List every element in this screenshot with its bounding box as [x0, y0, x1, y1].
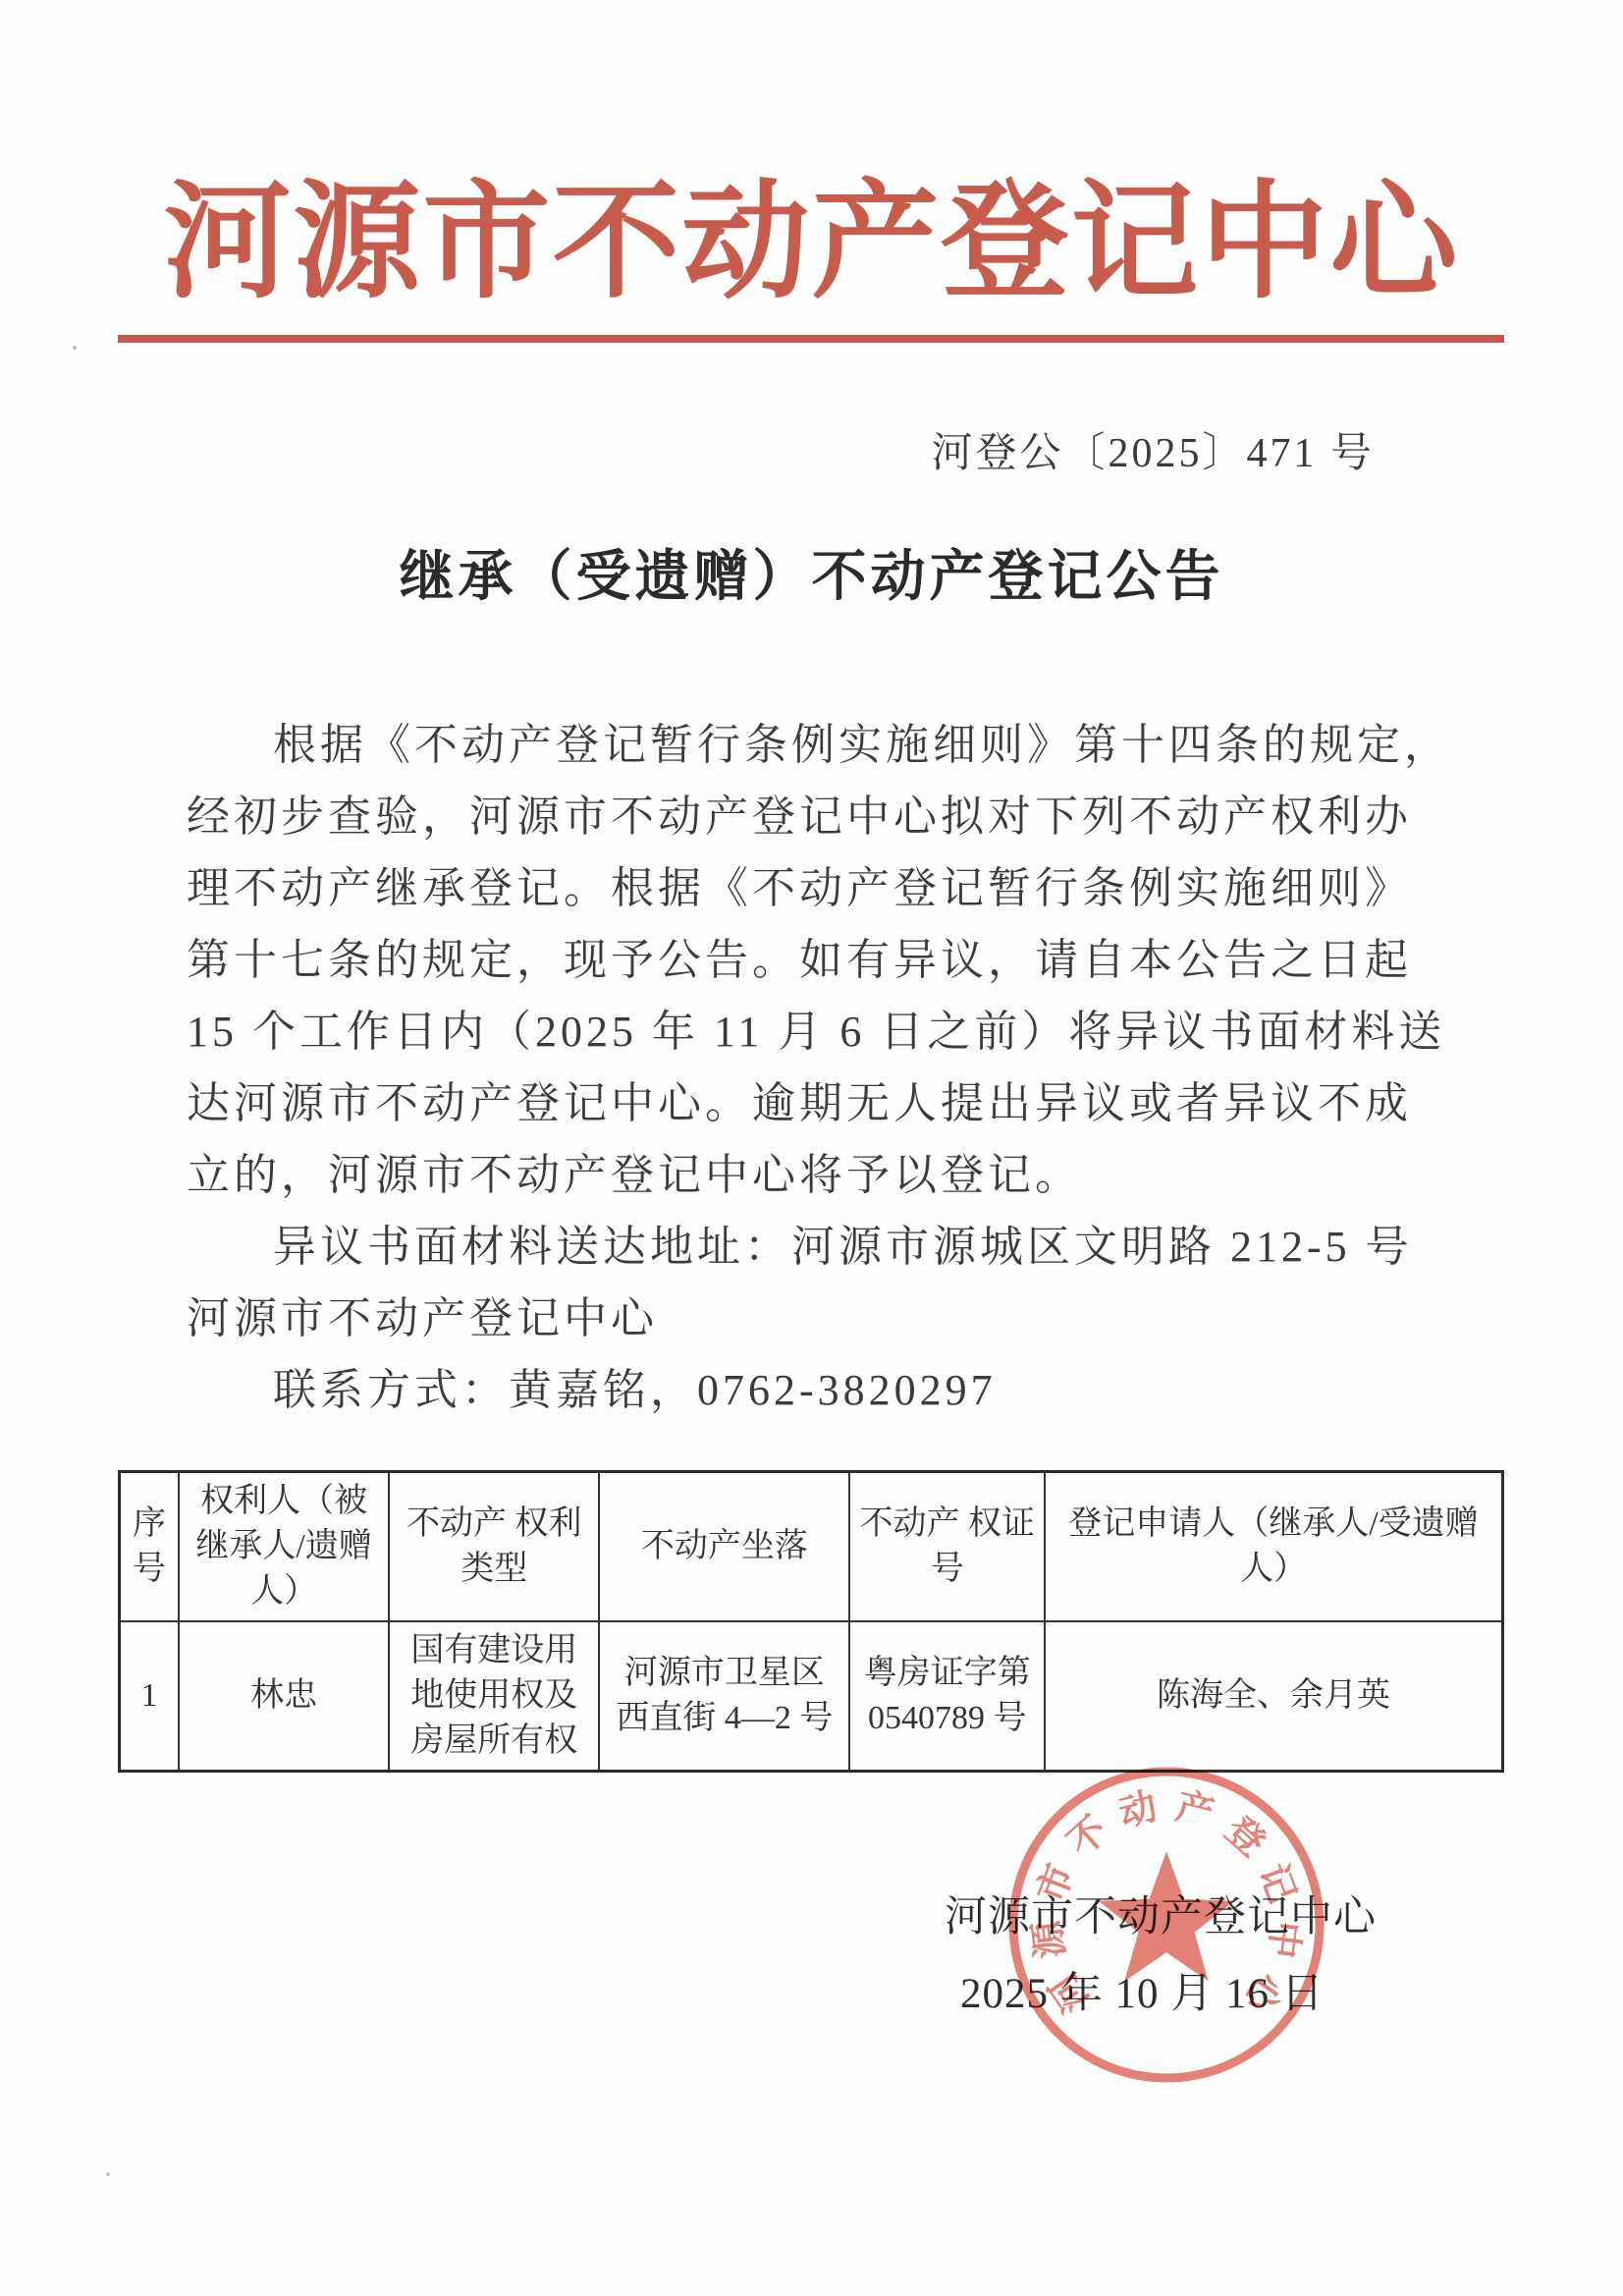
body-line: 达河源市不动产登记中心。逾期无人提出异议或者异议不成 — [187, 1067, 1453, 1139]
scan-speck — [106, 2172, 110, 2176]
announcement-page: 河源市不动产登记中心 河登公〔2025〕471 号 继承（受遗赠）不动产登记公告… — [0, 0, 1623, 2296]
svg-text:不: 不 — [1060, 1809, 1115, 1865]
document-number: 河登公〔2025〕471 号 — [931, 420, 1375, 479]
cell-right-type: 国有建设用地使用权及房屋所有权 — [389, 1621, 599, 1772]
body-line: 经初步查验，河源市不动产登记中心拟对下列不动产权利办 — [187, 781, 1453, 852]
svg-text:登: 登 — [1217, 1809, 1272, 1865]
header-serial: 序号 — [120, 1472, 180, 1622]
issue-date: 2025 年 10 月 16 日 — [960, 1960, 1325, 2020]
header-right-type: 不动产 权利类型 — [389, 1472, 599, 1622]
page-title: 继承（受遗赠）不动产登记公告 — [0, 533, 1623, 612]
body-text: 根据《不动产登记暂行条例实施细则》第十四条的规定， 经初步查验，河源市不动产登记… — [187, 709, 1453, 1426]
registration-table: 序号 权利人（被继承人/遗赠人） 不动产 权利类型 不动产坐落 不动产 权证号 … — [118, 1470, 1504, 1773]
cell-location: 河源市卫星区西直街 4—2 号 — [599, 1621, 849, 1772]
scan-speck — [73, 346, 77, 350]
letterhead-title: 河源市不动产登记中心 — [0, 139, 1623, 323]
cell-applicant: 陈海全、余月英 — [1045, 1621, 1502, 1772]
body-line: 异议书面材料送达地址：河源市源城区文明路 212-5 号 — [187, 1211, 1453, 1283]
svg-text:动: 动 — [1115, 1786, 1162, 1835]
body-line: 根据《不动产登记暂行条例实施细则》第十四条的规定， — [187, 709, 1453, 781]
header-cert-number: 不动产 权证号 — [849, 1472, 1045, 1622]
body-line: 第十七条的规定，现予公告。如有异议，请自本公告之日起 — [187, 924, 1453, 996]
body-line: 河源市不动产登记中心 — [187, 1283, 1453, 1354]
header-applicant: 登记申请人（继承人/受遗赠人） — [1045, 1472, 1502, 1622]
letterhead-rule — [118, 335, 1504, 343]
body-line: 联系方式：黄嘉铭，0762-3820297 — [187, 1354, 1453, 1426]
header-location: 不动产坐落 — [599, 1472, 849, 1622]
table-header-row: 序号 权利人（被继承人/遗赠人） 不动产 权利类型 不动产坐落 不动产 权证号 … — [120, 1472, 1503, 1622]
cell-right-holder: 林忠 — [179, 1621, 389, 1772]
body-line: 理不动产继承登记。根据《不动产登记暂行条例实施细则》 — [187, 852, 1453, 924]
cell-cert-number: 粤房证字第0540789 号 — [849, 1621, 1045, 1772]
scan-speck — [263, 1312, 268, 1317]
body-line: 立的，河源市不动产登记中心将予以登记。 — [187, 1139, 1453, 1211]
header-right-holder: 权利人（被继承人/遗赠人） — [179, 1472, 389, 1622]
issuer-signature: 河源市不动产登记中心 — [945, 1884, 1377, 1943]
table-row: 1 林忠 国有建设用地使用权及房屋所有权 河源市卫星区西直街 4—2 号 粤房证… — [120, 1621, 1503, 1772]
svg-text:产: 产 — [1171, 1786, 1217, 1835]
cell-serial: 1 — [120, 1621, 180, 1772]
body-line: 15 个工作日内（2025 年 11 月 6 日之前）将异议书面材料送 — [187, 996, 1453, 1067]
